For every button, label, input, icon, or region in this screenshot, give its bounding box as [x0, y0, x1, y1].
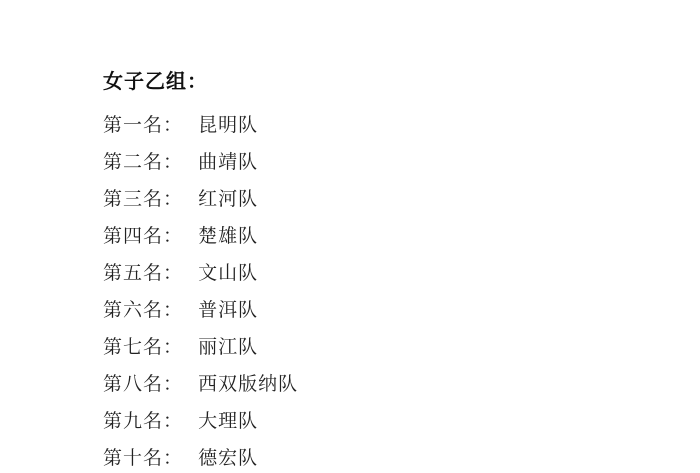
- list-item: 第十名： 德宏队: [103, 443, 663, 463]
- team-name: 曲靖队: [198, 147, 258, 174]
- list-item: 第七名： 丽江队: [103, 332, 663, 352]
- rank-label: 第九名：: [103, 406, 183, 433]
- list-item: 第六名： 普洱队: [103, 295, 663, 315]
- rank-label: 第六名：: [103, 295, 183, 322]
- rank-label: 第八名：: [103, 369, 183, 396]
- team-name: 楚雄队: [198, 221, 258, 248]
- rank-label: 第二名：: [103, 147, 183, 174]
- team-name: 普洱队: [198, 295, 258, 322]
- list-item: 第三名： 红河队: [103, 184, 663, 204]
- list-item: 第一名： 昆明队: [103, 110, 663, 130]
- ranking-list: 第一名： 昆明队 第二名： 曲靖队 第三名： 红河队 第四名： 楚雄队 第五名：…: [103, 110, 663, 463]
- rank-label: 第七名：: [103, 332, 183, 359]
- rank-label: 第四名：: [103, 221, 183, 248]
- rank-label: 第五名：: [103, 258, 183, 285]
- team-name: 西双版纳队: [198, 369, 298, 396]
- list-item: 第四名： 楚雄队: [103, 221, 663, 241]
- list-item: 第九名： 大理队: [103, 406, 663, 426]
- section-heading: 女子乙组：: [103, 70, 663, 94]
- rank-label: 第三名：: [103, 184, 183, 211]
- list-item: 第二名： 曲靖队: [103, 147, 663, 167]
- team-name: 昆明队: [198, 110, 258, 137]
- team-name: 文山队: [198, 258, 258, 285]
- team-name: 红河队: [198, 184, 258, 211]
- list-item: 第五名： 文山队: [103, 258, 663, 278]
- list-item: 第八名： 西双版纳队: [103, 369, 663, 389]
- team-name: 丽江队: [198, 332, 258, 359]
- rank-label: 第一名：: [103, 110, 183, 137]
- rank-label: 第十名：: [103, 443, 183, 470]
- document-page: 女子乙组： 第一名： 昆明队 第二名： 曲靖队 第三名： 红河队 第四名： 楚雄…: [103, 70, 663, 463]
- team-name: 德宏队: [198, 443, 258, 470]
- team-name: 大理队: [198, 406, 258, 433]
